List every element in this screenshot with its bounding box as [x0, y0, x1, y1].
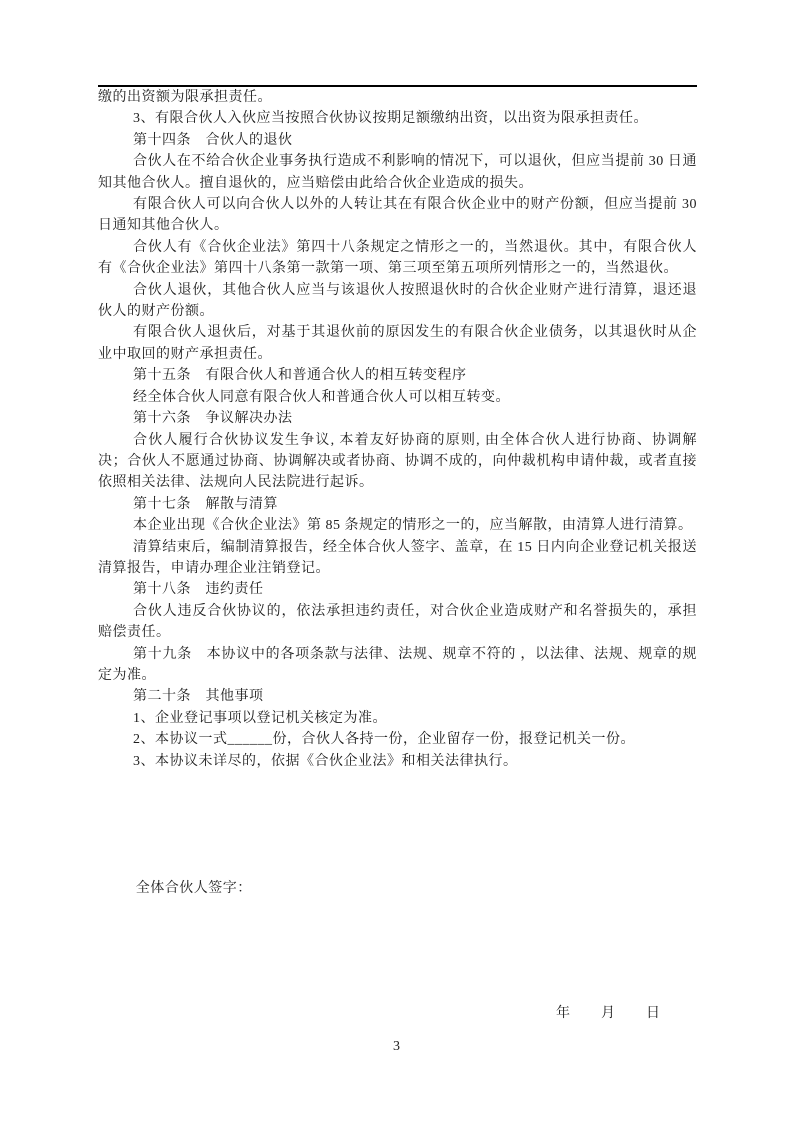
- paragraph: 1、企业登记事项以登记机关核定为准。: [98, 708, 697, 729]
- paragraph: 第十九条 本协议中的各项条款与法律、法规、规章不符的 ，以法律、法规、规章的规定…: [98, 644, 697, 687]
- paragraph: 合伙人退伙，其他合伙人应当与该退伙人按照退伙时的合伙企业财产进行清算，退还退伙人…: [98, 280, 697, 323]
- paragraph: 第十六条 争议解决办法: [98, 408, 697, 429]
- paragraph: 合伙人违反合伙协议的，依法承担违约责任，对合伙企业造成财产和名誉损失的，承担赔偿…: [98, 601, 697, 644]
- paragraph: 3、本协议未详尽的，依据《合伙企业法》和相关法律执行。: [98, 751, 697, 772]
- paragraph: 有限合伙人可以向合伙人以外的人转让其在有限合伙企业中的财产份额，但应当提前 30…: [98, 194, 697, 237]
- document-page: 缴的出资额为限承担责任。3、有限合伙人入伙应当按照合伙协议按期足额缴纳出资，以出…: [0, 0, 793, 1122]
- paragraph: 第十七条 解散与清算: [98, 494, 697, 515]
- paragraph: 本企业出现《合伙企业法》第 85 条规定的情形之一的，应当解散，由清算人进行清算…: [98, 515, 697, 536]
- paragraph: 合伙人有《合伙企业法》第四十八条规定之情形之一的，当然退伙。其中，有限合伙人有《…: [98, 237, 697, 280]
- paragraph: 清算结束后，编制清算报告，经全体合伙人签字、盖章，在 15 日内向企业登记机关报…: [98, 537, 697, 580]
- paragraph: 第十八条 违约责任: [98, 579, 697, 600]
- paragraph: 缴的出资额为限承担责任。: [98, 87, 697, 108]
- paragraph: 3、有限合伙人入伙应当按照合伙协议按期足额缴纳出资，以出资为限承担责任。: [98, 108, 697, 129]
- paragraph: 合伙人在不给合伙企业事务执行造成不利影响的情况下，可以退伙，但应当提前 30 日…: [98, 151, 697, 194]
- date-line: 年 月 日: [556, 1003, 661, 1024]
- document-body: 缴的出资额为限承担责任。3、有限合伙人入伙应当按照合伙协议按期足额缴纳出资，以出…: [98, 87, 697, 772]
- signature-label: 全体合伙人签字：: [98, 878, 697, 899]
- paragraph: 有限合伙人退伙后，对基于其退伙前的原因发生的有限合伙企业债务，以其退伙时从企业中…: [98, 322, 697, 365]
- page-number: 3: [0, 1038, 793, 1056]
- paragraph: 合伙人履行合伙协议发生争议, 本着友好协商的原则, 由全体合伙人进行协商、协调解…: [98, 430, 697, 494]
- paragraph: 第十五条 有限合伙人和普通合伙人的相互转变程序: [98, 365, 697, 386]
- paragraph: 经全体合伙人同意有限合伙人和普通合伙人可以相互转变。: [98, 387, 697, 408]
- paragraph: 第二十条 其他事项: [98, 686, 697, 707]
- paragraph: 第十四条 合伙人的退伙: [98, 130, 697, 151]
- paragraph: 2、本协议一式______份，合伙人各持一份，企业留存一份，报登记机关一份。: [98, 729, 697, 750]
